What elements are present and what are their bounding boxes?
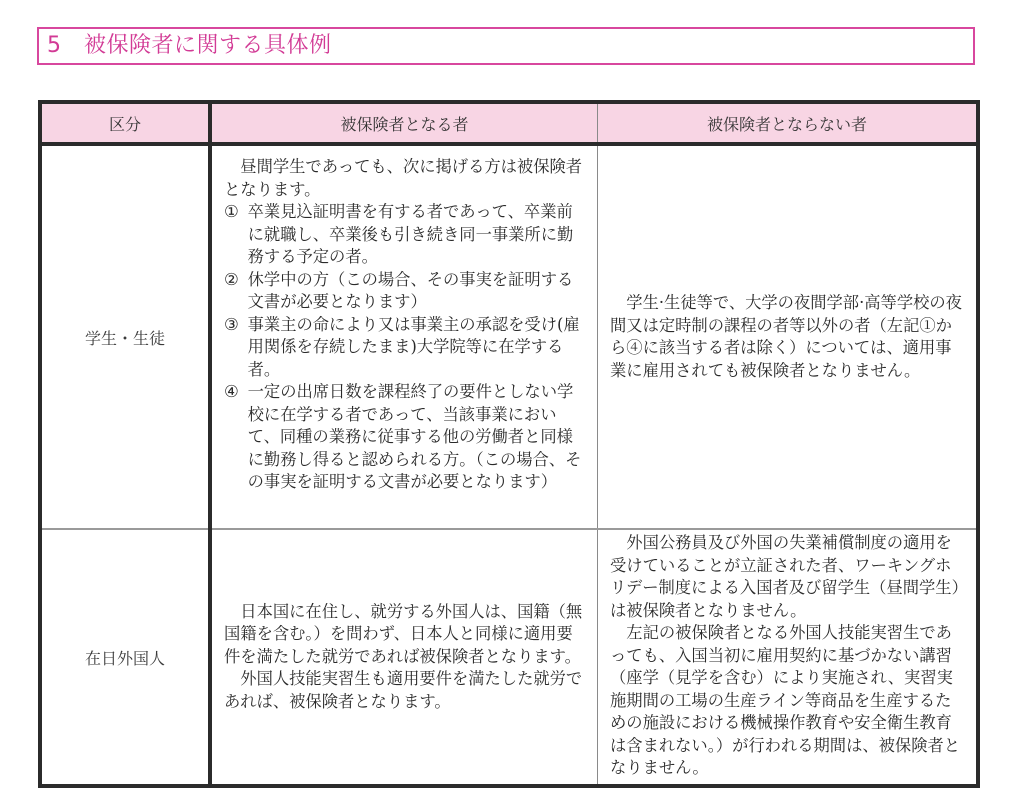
foreign-insured-para-2: 外国人技能実習生も適用要件を満たした就労であれば、被保険者となります。 (224, 668, 587, 713)
list-item: ③事業主の命により又は事業主の承認を受け(雇用関係を存続したまま)大学院等に在学… (224, 314, 587, 382)
foreign-not-insured-para-1: 外国公務員及び外国の失業補償制度の適用を受けていることが立証された者、ワーキング… (610, 532, 966, 622)
table-row-students: 学生・生徒 昼間学生であっても、次に掲げる方は被保険者となります。 ①卒業見込証… (40, 144, 978, 529)
row-label-foreign-residents: 在日外国人 (40, 529, 210, 786)
header-insured: 被保険者となる者 (210, 102, 598, 144)
list-item: ①卒業見込証明書を有する者であって、卒業前に就職し、卒業後も引き続き同一事業所に… (224, 201, 587, 269)
section-title-text: 被保険者に関する具体例 (84, 33, 332, 58)
insured-examples-table: 区分 被保険者となる者 被保険者とならない者 学生・生徒 昼間学生であっても、次… (38, 100, 980, 788)
header-category: 区分 (40, 102, 210, 144)
section-title-box: 5 被保険者に関する具体例 (37, 27, 975, 65)
list-item: ②休学中の方（この場合、その事実を証明する文書が必要となります） (224, 269, 587, 314)
list-item: ④一定の出席日数を課程終了の要件としない学校に在学する者であって、当該事業におい… (224, 381, 587, 494)
table-row-foreign-residents: 在日外国人 日本国に在住し、就労する外国人は、国籍（無国籍を含む。）を問わず、日… (40, 529, 978, 786)
foreign-not-insured-para-2: 左記の被保険者となる外国人技能実習生であっても、入国当初に雇用契約に基づかない講… (610, 622, 966, 780)
foreign-insured-para-1: 日本国に在住し、就労する外国人は、国籍（無国籍を含む。）を問わず、日本人と同様に… (224, 601, 587, 669)
students-insured-cell: 昼間学生であっても、次に掲げる方は被保険者となります。 ①卒業見込証明書を有する… (210, 144, 598, 529)
table-header-row: 区分 被保険者となる者 被保険者とならない者 (40, 102, 978, 144)
row-label-students: 学生・生徒 (40, 144, 210, 529)
students-insured-intro: 昼間学生であっても、次に掲げる方は被保険者となります。 (224, 156, 587, 201)
section-title: 5 被保険者に関する具体例 (47, 31, 332, 61)
students-not-insured-cell: 学生·生徒等で、大学の夜間学部·高等学校の夜間又は定時制の課程の者等以外の者（左… (598, 144, 979, 529)
header-not-insured: 被保険者とならない者 (598, 102, 979, 144)
foreign-not-insured-cell: 外国公務員及び外国の失業補償制度の適用を受けていることが立証された者、ワーキング… (598, 529, 979, 786)
section-number: 5 (47, 33, 62, 58)
students-not-insured-text: 学生·生徒等で、大学の夜間学部·高等学校の夜間又は定時制の課程の者等以外の者（左… (610, 292, 966, 382)
foreign-insured-cell: 日本国に在住し、就労する外国人は、国籍（無国籍を含む。）を問わず、日本人と同様に… (210, 529, 598, 786)
